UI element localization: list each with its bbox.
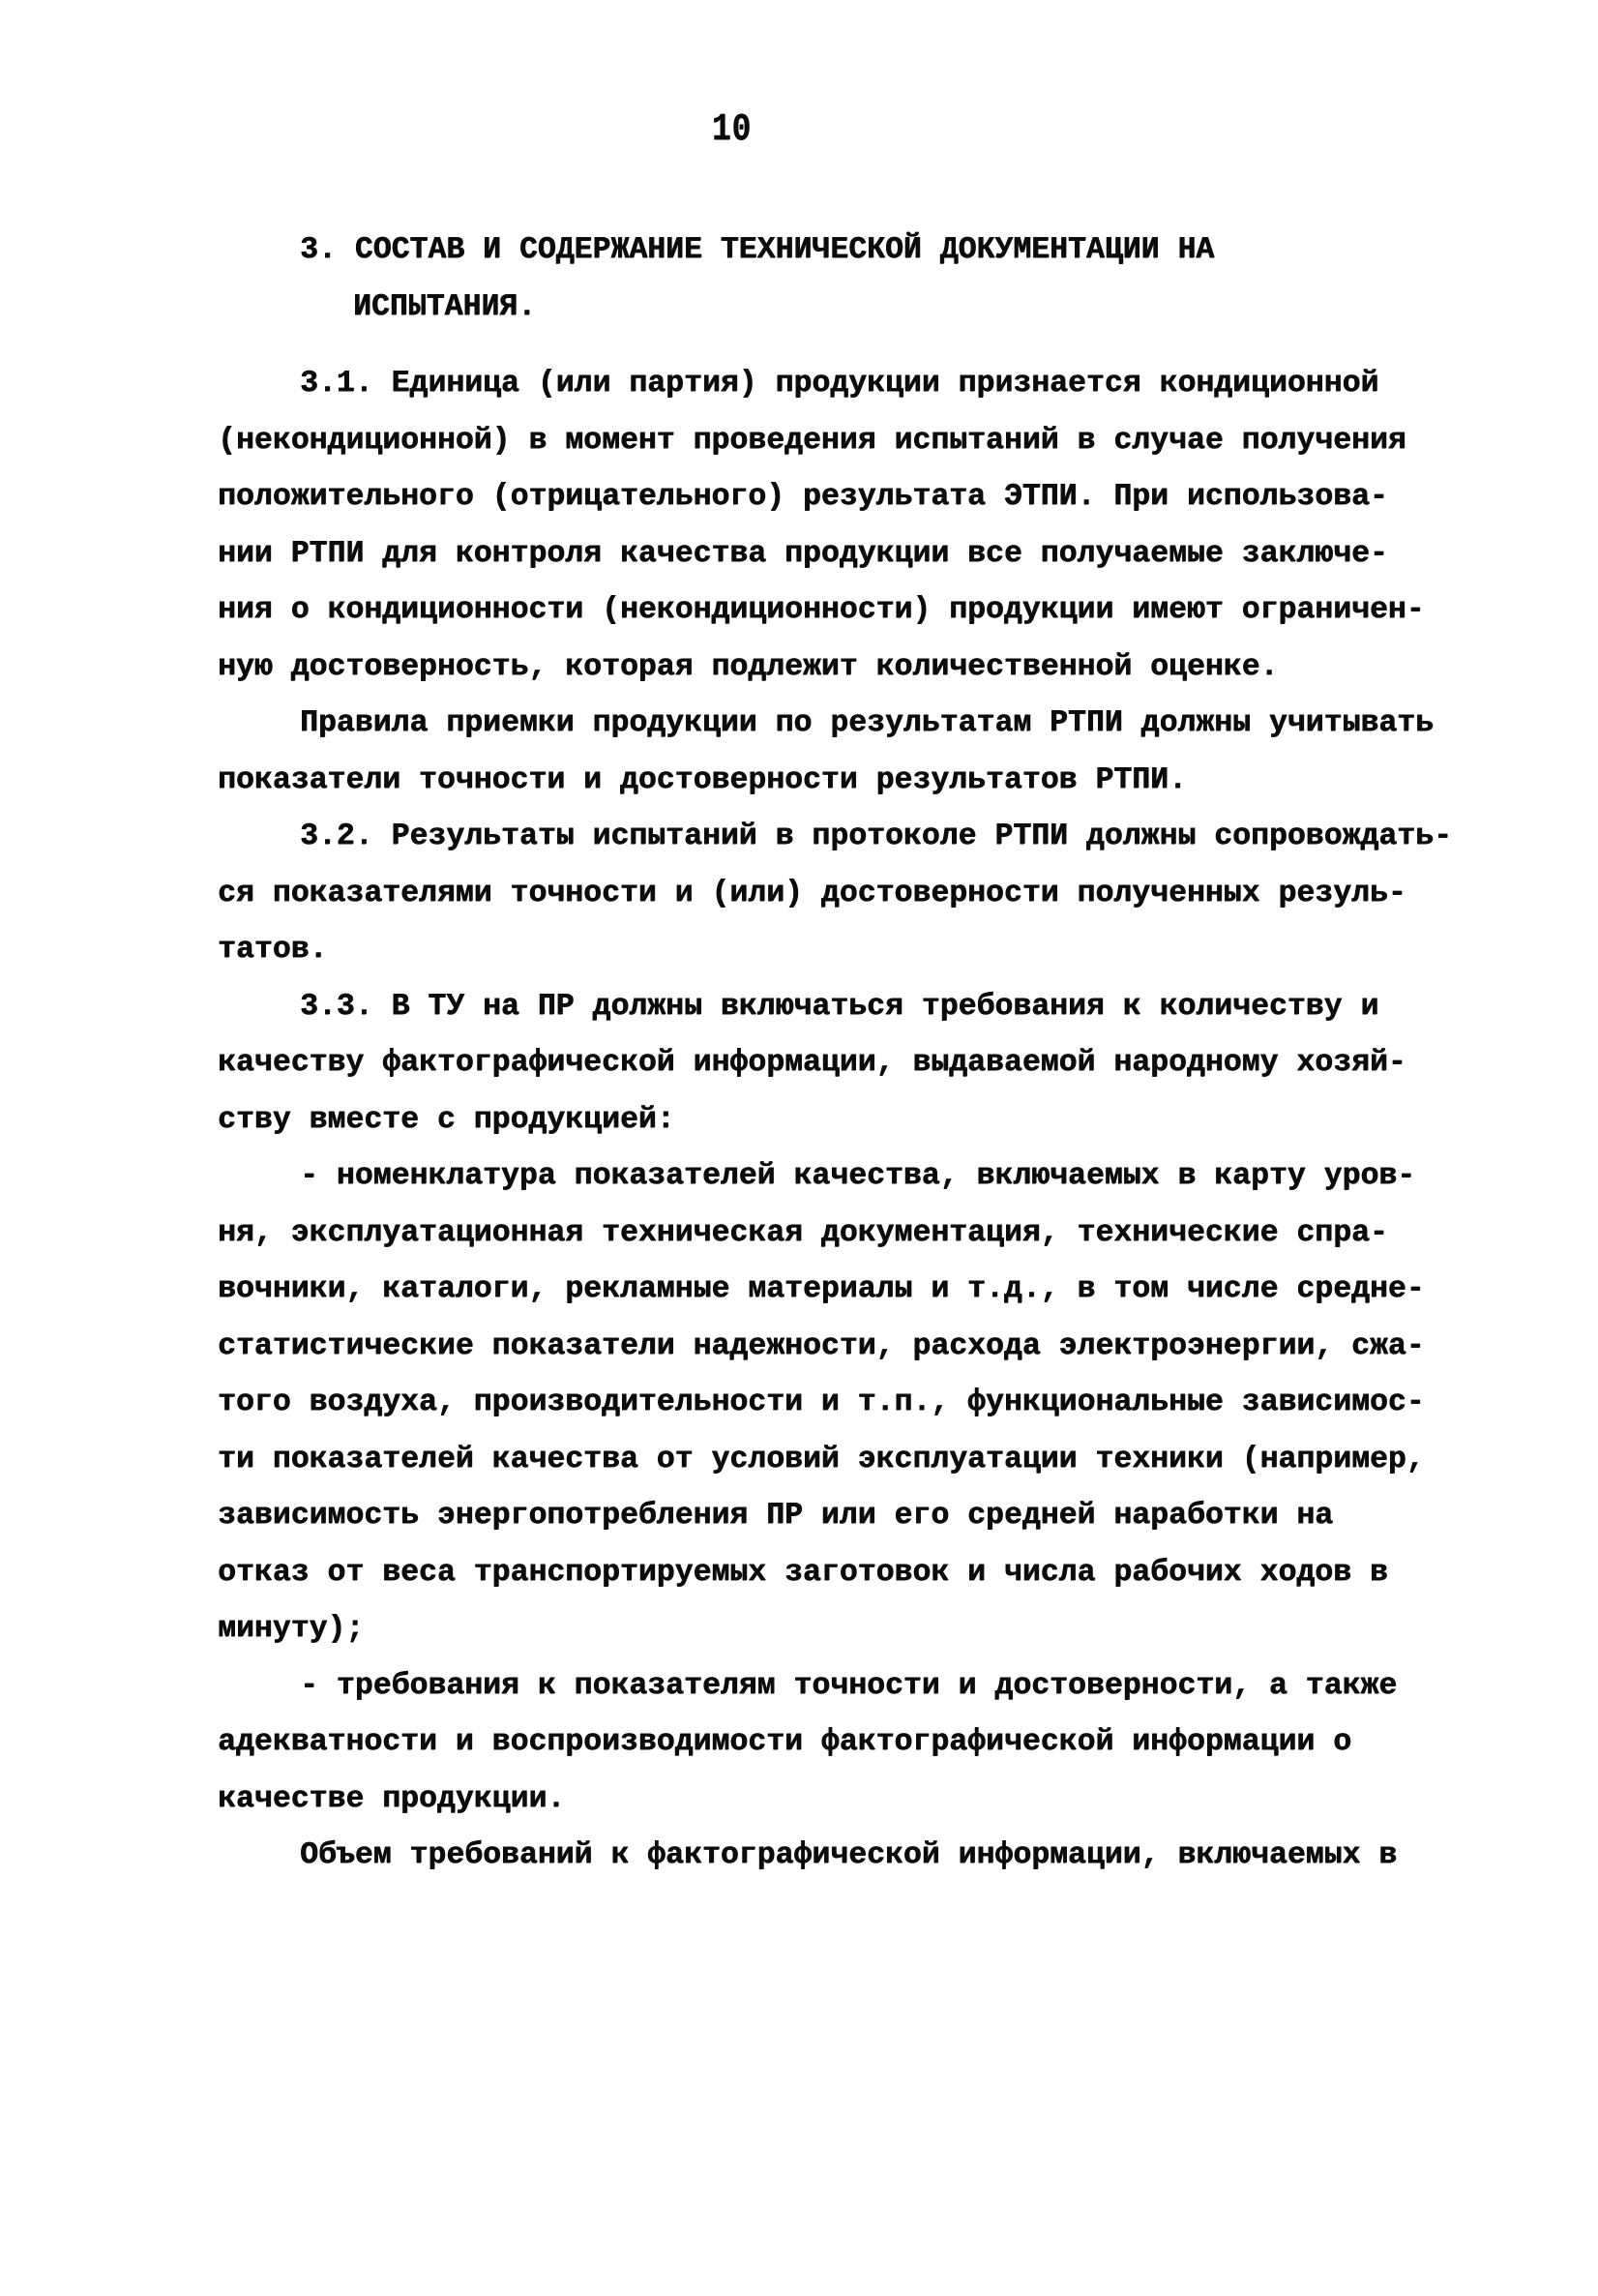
text-line: зависимость энергопотребления ПР или его… [218, 1488, 1494, 1545]
text-line: татов. [218, 922, 1494, 979]
text-line: нии РТПИ для контроля качества продукции… [218, 526, 1494, 583]
text-line: положительного (отрицательного) результа… [218, 469, 1494, 526]
text-line: качестве продукции. [218, 1772, 1494, 1829]
text-line: ИСПЫТАНИЯ. [218, 280, 1494, 337]
text-line: показатели точности и достоверности резу… [218, 753, 1494, 810]
text-line: отказ от веса транспортируемых заготовок… [218, 1545, 1494, 1602]
text-line: ству вместе с продукцией: [218, 1092, 1494, 1149]
text-line: Объем требований к фактографической инфо… [218, 1828, 1494, 1885]
text-line: - номенклатура показателей качества, вкл… [218, 1148, 1494, 1206]
text-line: 3.2. Результаты испытаний в протоколе РТ… [218, 809, 1494, 866]
text-line: ти показателей качества от условий экспл… [218, 1432, 1494, 1489]
page-number: 10 [712, 108, 752, 152]
text-line: вочники, каталоги, рекламные материалы и… [218, 1262, 1494, 1319]
text-line: того воздуха, производительности и т.п.,… [218, 1375, 1494, 1432]
text-line: 3. СОСТАВ И СОДЕРЖАНИЕ ТЕХНИЧЕСКОЙ ДОКУМ… [218, 223, 1494, 280]
text-line: ня, эксплуатационная техническая докумен… [218, 1206, 1494, 1263]
text-line: ную достоверность, которая подлежит коли… [218, 640, 1494, 697]
text-line: минуту); [218, 1601, 1494, 1658]
text-line: адекватности и воспроизводимости фактогр… [218, 1715, 1494, 1772]
document-text: 3. СОСТАВ И СОДЕРЖАНИЕ ТЕХНИЧЕСКОЙ ДОКУМ… [218, 223, 1494, 1885]
text-line: (некондиционной) в момент проведения исп… [218, 413, 1494, 470]
text-line: качеству фактографической информации, вы… [218, 1035, 1494, 1092]
text-line: ся показателями точности и (или) достове… [218, 866, 1494, 923]
text-line: Правила приемки продукции по результатам… [218, 696, 1494, 753]
text-line: 3.1. Единица (или партия) продукции приз… [218, 356, 1494, 413]
text-line: 3.3. В ТУ на ПР должны включаться требов… [218, 979, 1494, 1036]
document-page: 10 3. СОСТАВ И СОДЕРЖАНИЕ ТЕХНИЧЕСКОЙ ДО… [0, 0, 1598, 2296]
text-line: - требования к показателям точности и до… [218, 1658, 1494, 1715]
text-line: статистические показатели надежности, ра… [218, 1319, 1494, 1376]
text-line: ния о кондиционности (некондиционности) … [218, 582, 1494, 640]
